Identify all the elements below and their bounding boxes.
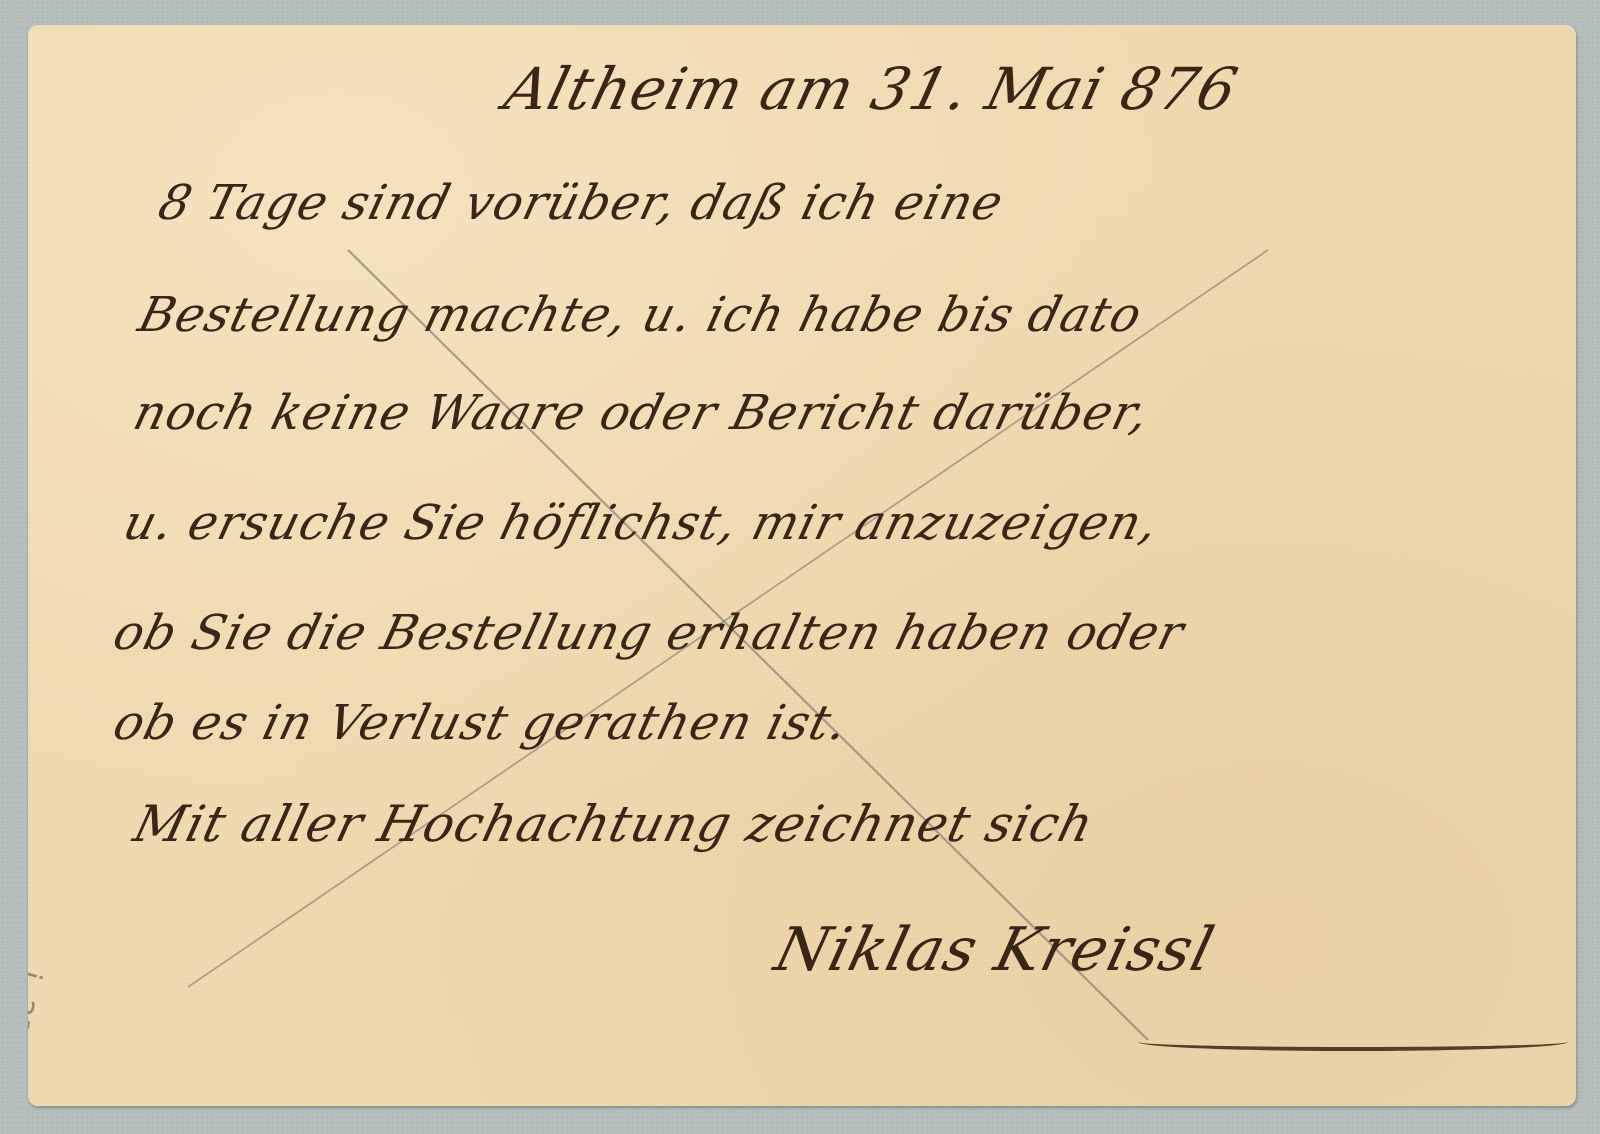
- signature-flourish: [1138, 1033, 1568, 1051]
- postcard: Altheim am 31. Mai 876 8 Tage sind vorüb…: [28, 25, 1576, 1106]
- body-line-4: u. ersuche Sie höflichst, mir anzuzeigen…: [118, 495, 1164, 551]
- body-line-2: Bestellung machte, u. ich habe bis dato: [133, 287, 1148, 343]
- closing-salutation: Mit aller Hochachtung zeichnet sich: [128, 795, 1100, 853]
- signature: Niklas Kreissl: [768, 915, 1221, 985]
- body-line-1: 8 Tage sind vorüber, daß ich eine: [153, 175, 1009, 231]
- place-and-date-heading: Altheim am 31. Mai 876: [498, 55, 1245, 123]
- body-line-5: ob Sie die Bestellung erhalten haben ode…: [108, 605, 1190, 661]
- body-line-6: ob es in Verlust gerathen ist.: [108, 695, 854, 751]
- pencil-archive-note: i. 238: [28, 966, 48, 1057]
- body-line-3: noch keine Waare oder Bericht darüber,: [128, 385, 1155, 441]
